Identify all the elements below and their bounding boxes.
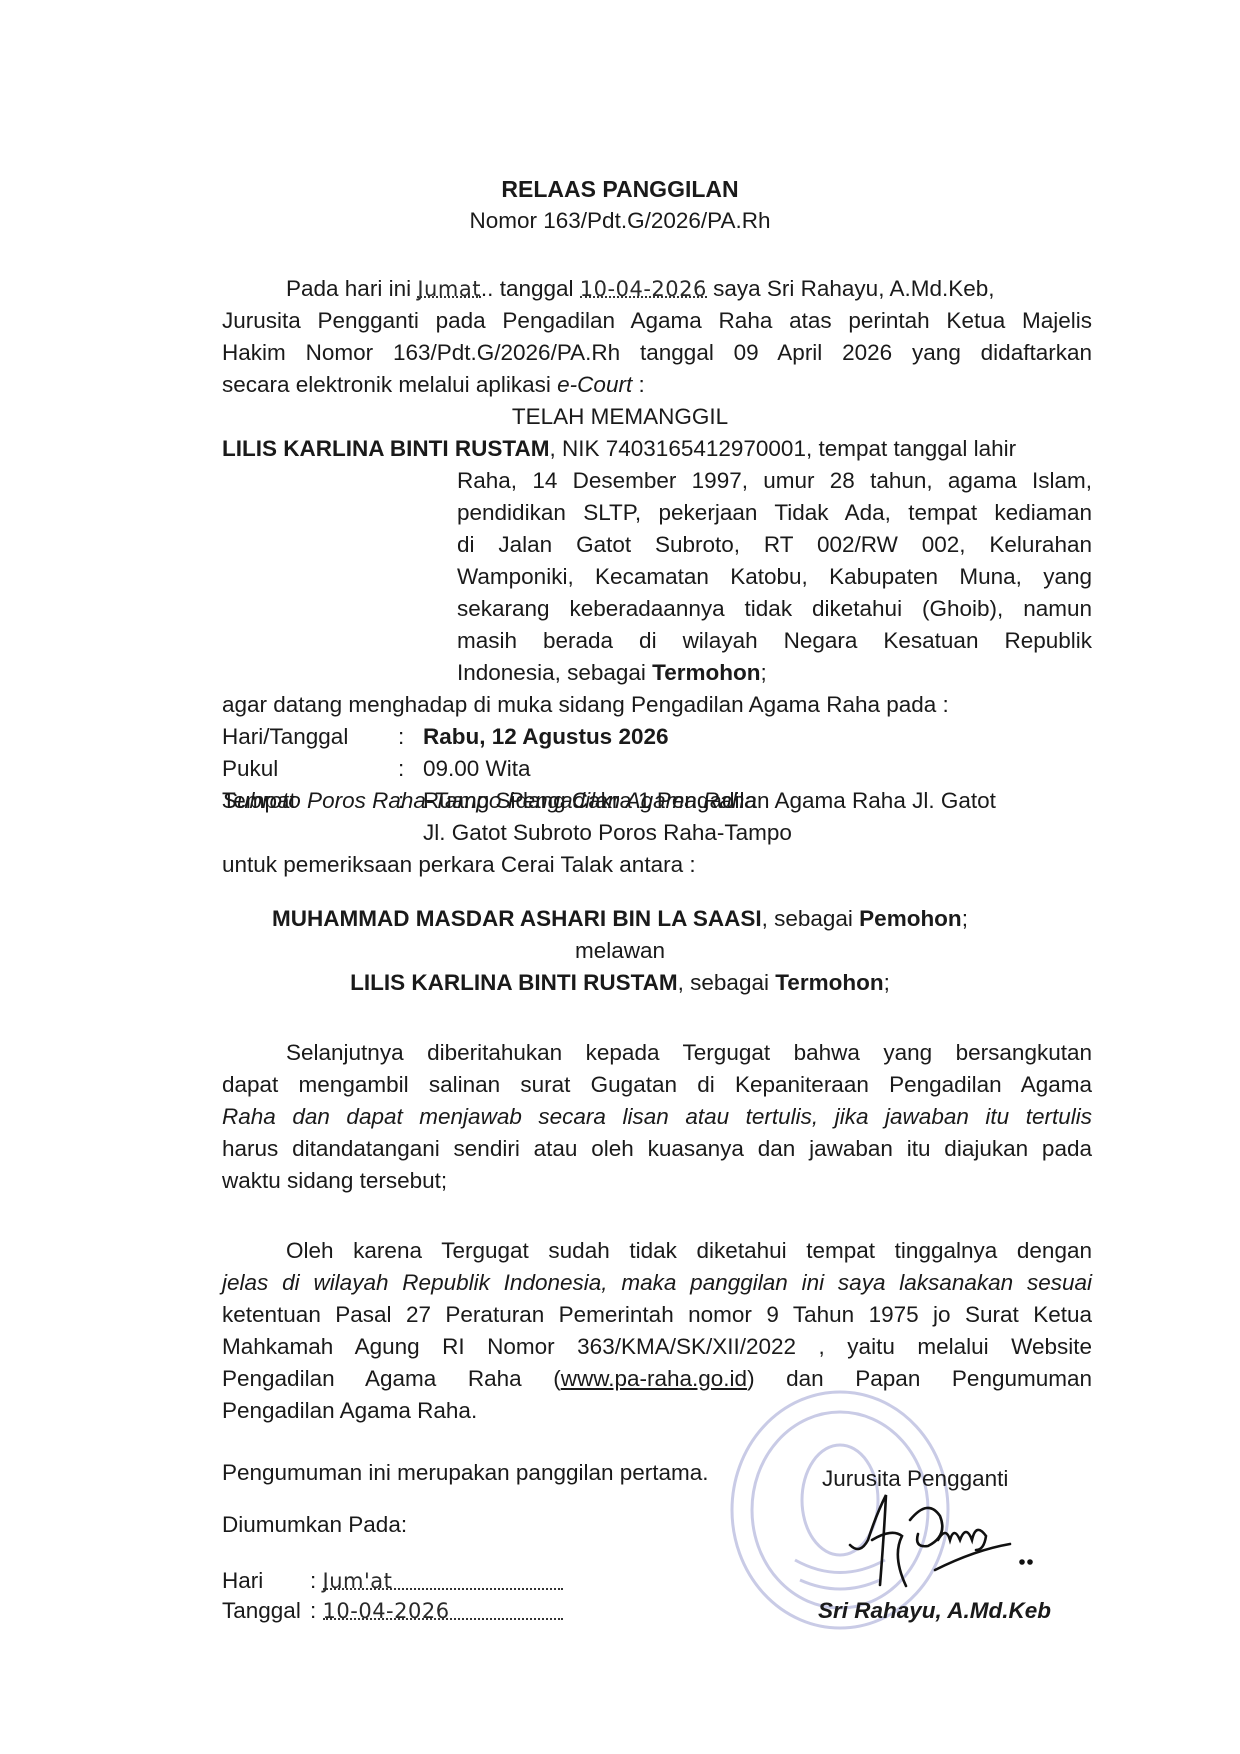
intro-line-2: Jurusita Pengganti pada Pengadilan Agama… xyxy=(222,308,1092,334)
para2-line-5: Pengadilan Agama Raha (www.pa-raha.go.id… xyxy=(222,1366,1092,1392)
respondent-party-line: LILIS KARLINA BINTI RUSTAM, sebagai Term… xyxy=(0,970,1240,996)
para1-line-1: Selanjutnya diberitahukan kepada Terguga… xyxy=(286,1040,1092,1066)
respondent-last-line: Indonesia, sebagai Termohon; xyxy=(457,660,767,686)
hearing-row: Pukul:09.00 Wita xyxy=(222,756,531,782)
first-summons-notice: Pengumuman ini merupakan panggilan perta… xyxy=(222,1460,709,1486)
case-number: Nomor 163/Pdt.G/2026/PA.Rh xyxy=(0,208,1240,234)
website-link[interactable]: www.pa-raha.go.id xyxy=(561,1366,747,1391)
para2-line-2: jelas di wilayah Republik Indonesia, mak… xyxy=(222,1270,1092,1296)
respondent-detail-line: masih berada di wilayah Negara Kesatuan … xyxy=(457,628,1092,654)
hearing-row-value: Rabu, 12 Agustus 2026 xyxy=(423,724,669,749)
para2-line-3: ketentuan Pasal 27 Peraturan Pemerintah … xyxy=(222,1302,1092,1328)
intro-line-4: secara elektronik melalui aplikasi e-Cou… xyxy=(222,372,645,398)
handwritten-date: 10-04-2026 xyxy=(580,277,707,301)
hearing-intro: agar datang menghadap di muka sidang Pen… xyxy=(222,692,949,718)
respondent-detail-line: sekarang keberadaannya tidak diketahui (… xyxy=(457,596,1092,622)
para1-line-3: Raha dan dapat menjawab secara lisan ata… xyxy=(222,1104,1092,1130)
para1-line-5: waktu sidang tersebut; xyxy=(222,1168,447,1194)
hearing-row-label: Pukul xyxy=(222,756,398,782)
intro-line-1: Pada hari ini Jumat.. tanggal 10-04-2026… xyxy=(286,276,1092,302)
petitioner-line: MUHAMMAD MASDAR ASHARI BIN LA SAASI, seb… xyxy=(0,906,1240,932)
case-type-line: untuk pemeriksaan perkara Cerai Talak an… xyxy=(222,852,696,878)
respondent-detail-line: Wamponiki, Kecamatan Katobu, Kabupaten M… xyxy=(457,564,1092,590)
para1-line-4: harus ditandatangani sendiri atau oleh k… xyxy=(222,1136,1092,1162)
respondent-detail-line: pendidikan SLTP, pekerjaan Tidak Ada, te… xyxy=(457,500,1092,526)
announced-date-row: Tanggal: 10-04-2026 xyxy=(222,1598,563,1624)
hearing-row-value: 09.00 Wita xyxy=(423,756,531,781)
hearing-row-label: Hari/Tanggal xyxy=(222,724,398,750)
respondent-name: LILIS KARLINA BINTI RUSTAM xyxy=(222,436,549,461)
intro-line-3: Hakim Nomor 163/Pdt.G/2026/PA.Rh tanggal… xyxy=(222,340,1092,366)
document-title: RELAAS PANGGILAN xyxy=(0,176,1240,203)
versus-label: melawan xyxy=(0,938,1240,964)
hearing-row-separator: : xyxy=(398,756,423,782)
announced-label: Diumumkan Pada: xyxy=(222,1512,407,1538)
signer-title: Jurusita Pengganti xyxy=(822,1466,1008,1492)
announced-day-row: Hari: Jum'at xyxy=(222,1568,563,1594)
para2-line-6: Pengadilan Agama Raha. xyxy=(222,1398,477,1424)
handwritten-day: Jumat xyxy=(417,277,481,301)
place-continued: Subroto Poros Raha-Tampo Pengadilan Agam… xyxy=(222,788,757,814)
respondent-detail-line: di Jalan Gatot Subroto, RT 002/RW 002, K… xyxy=(457,532,1092,558)
summon-heading: TELAH MEMANGGIL xyxy=(0,404,1240,430)
para2-line-1: Oleh karena Tergugat sudah tidak diketah… xyxy=(286,1238,1092,1264)
signature-icon xyxy=(840,1490,1040,1600)
respondent-detail-line: Raha, 14 Desember 1997, umur 28 tahun, a… xyxy=(457,468,1092,494)
ecourt-label: e-Court xyxy=(557,372,632,397)
hearing-row-separator: : xyxy=(398,724,423,750)
signer-name: Sri Rahayu, A.Md.Keb xyxy=(818,1598,1051,1624)
place-address: Jl. Gatot Subroto Poros Raha-Tampo xyxy=(423,820,792,846)
para1-line-2: dapat mengambil salinan surat Gugatan di… xyxy=(222,1072,1092,1098)
hearing-row: Hari/Tanggal:Rabu, 12 Agustus 2026 xyxy=(222,724,669,750)
handwritten-announced-day: Jum'at xyxy=(323,1569,563,1593)
handwritten-announced-date: 10-04-2026 xyxy=(323,1599,563,1623)
respondent-line-1: LILIS KARLINA BINTI RUSTAM, NIK 74031654… xyxy=(222,436,1016,462)
para2-line-4: Mahkamah Agung RI Nomor 363/KMA/SK/XII/2… xyxy=(222,1334,1092,1360)
